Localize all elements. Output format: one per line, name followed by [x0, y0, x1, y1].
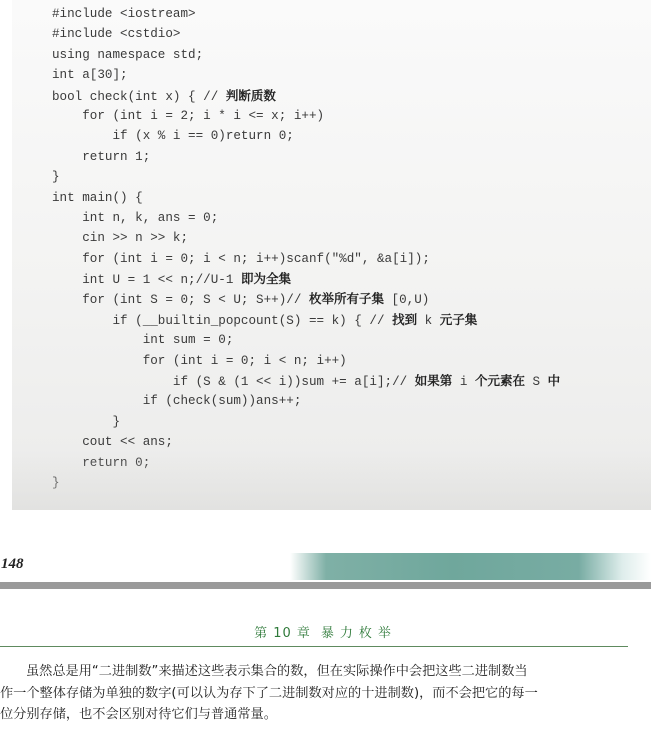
code-text: for (int i = 0; i < n; i++) [52, 354, 347, 368]
code-text: int a[30]; [52, 68, 128, 82]
code-line: if (x % i == 0)return 0; [52, 126, 560, 146]
code-text: if (x % i == 0)return 0; [52, 129, 294, 143]
chapter-label: 第 10 章 [254, 626, 311, 641]
code-line: if (check(sum))ans++; [52, 391, 560, 411]
code-text: } [52, 415, 120, 429]
code-line: #include <cstdio> [52, 24, 560, 44]
code-comment: 元子集 [440, 312, 478, 327]
code-text: if (S & (1 << i))sum += a[i];// [52, 375, 415, 389]
code-text: if (__builtin_popcount(S) == k) { // [52, 314, 392, 328]
code-line: cin >> n >> k; [52, 228, 560, 248]
code-line: int a[30]; [52, 65, 560, 85]
code-block: #include <iostream>#include <cstdio>usin… [52, 4, 560, 493]
code-line: } [52, 473, 560, 493]
code-comment: 即为全集 [241, 271, 291, 286]
code-line: #include <iostream> [52, 4, 560, 24]
code-line: if (S & (1 << i))sum += a[i];// 如果第 i 个元… [52, 371, 560, 391]
code-comment: 找到 [392, 312, 417, 327]
code-comment: 如果第 [415, 373, 453, 388]
code-text: for (int i = 2; i * i <= x; i++) [52, 109, 324, 123]
code-text: int n, k, ans = 0; [52, 211, 218, 225]
code-text: i [452, 375, 475, 389]
page-divider [0, 582, 651, 589]
body-paragraph: 虽然总是用“二进制数”来描述这些表示集合的数，但在实际操作中会把这些二进制数当 … [0, 661, 651, 726]
code-text: S [525, 375, 548, 389]
paragraph-line: 位分别存储，也不会区别对待它们与普通常量。 [0, 704, 651, 726]
code-text: #include <iostream> [52, 7, 196, 21]
code-text: int main() { [52, 191, 143, 205]
code-line: using namespace std; [52, 45, 560, 65]
code-line: for (int i = 0; i < n; i++) [52, 351, 560, 371]
code-line: for (int S = 0; S < U; S++)// 枚举所有子集 [0,… [52, 289, 560, 309]
code-text: cout << ans; [52, 435, 173, 449]
decorative-green-band [290, 553, 651, 580]
code-comment: 中 [548, 373, 561, 388]
code-line: for (int i = 0; i < n; i++)scanf("%d", &… [52, 249, 560, 269]
code-text: cin >> n >> k; [52, 231, 188, 245]
code-line: return 1; [52, 147, 560, 167]
code-line: for (int i = 2; i * i <= x; i++) [52, 106, 560, 126]
code-line: return 0; [52, 453, 560, 473]
code-comment: 判断质数 [226, 88, 276, 103]
code-text: return 0; [52, 456, 150, 470]
code-line: } [52, 412, 560, 432]
code-line: bool check(int x) { // 判断质数 [52, 86, 560, 106]
code-line: int U = 1 << n;//U-1 即为全集 [52, 269, 560, 289]
chapter-header: 第 10 章暴力枚举 [0, 622, 651, 641]
code-text: [0,U) [384, 293, 429, 307]
code-line: int n, k, ans = 0; [52, 208, 560, 228]
page-footer: 148 [0, 550, 651, 578]
code-comment: 枚举所有子集 [309, 291, 384, 306]
code-text: return 1; [52, 150, 150, 164]
chapter-title: 暴力枚举 [321, 626, 397, 641]
code-line: int sum = 0; [52, 330, 560, 350]
code-text: k [417, 314, 440, 328]
code-text: for (int i = 0; i < n; i++)scanf("%d", &… [52, 252, 430, 266]
code-text: int U = 1 << n;//U-1 [52, 273, 241, 287]
code-text: int sum = 0; [52, 333, 233, 347]
code-line: int main() { [52, 188, 560, 208]
code-text: #include <cstdio> [52, 27, 180, 41]
code-line: if (__builtin_popcount(S) == k) { // 找到 … [52, 310, 560, 330]
code-line: } [52, 167, 560, 187]
chapter-header-rule [0, 646, 628, 647]
page-number: 148 [1, 556, 24, 573]
code-text: } [52, 476, 60, 490]
code-text: using namespace std; [52, 48, 203, 62]
code-text: bool check(int x) { // [52, 90, 226, 104]
paragraph-line: 作一个整体存储为单独的数字(可以认为存下了二进制数对应的十进制数)，而不会把它的… [0, 683, 651, 705]
paragraph-line: 虽然总是用“二进制数”来描述这些表示集合的数，但在实际操作中会把这些二进制数当 [0, 661, 651, 683]
code-panel: #include <iostream>#include <cstdio>usin… [12, 0, 651, 510]
code-comment: 个元素在 [475, 373, 525, 388]
code-text: for (int S = 0; S < U; S++)// [52, 293, 309, 307]
code-line: cout << ans; [52, 432, 560, 452]
code-text: } [52, 170, 60, 184]
code-text: if (check(sum))ans++; [52, 394, 301, 408]
